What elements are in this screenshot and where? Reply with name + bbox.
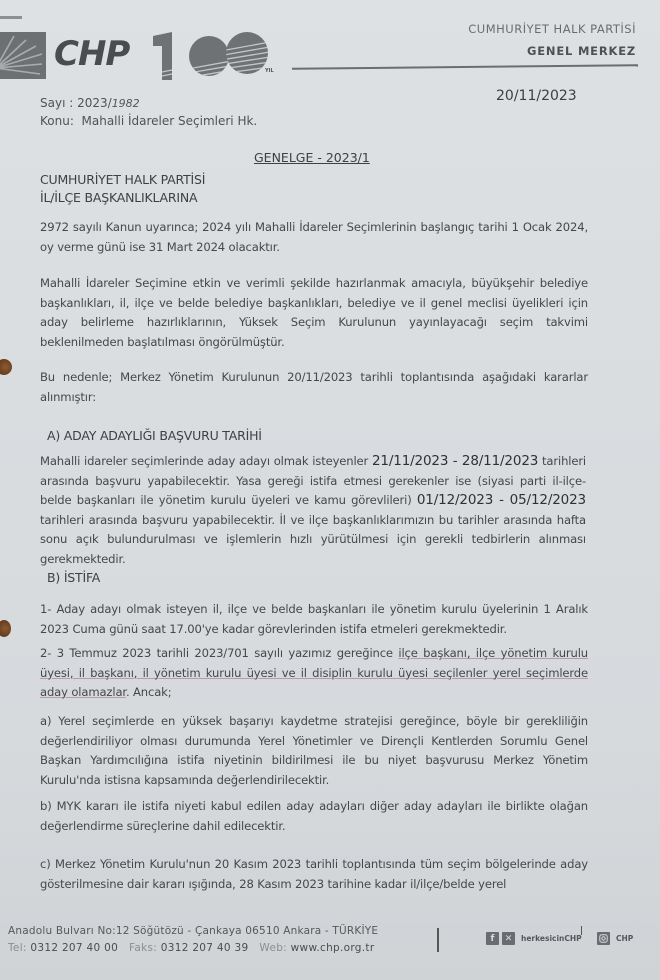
handwritten-number: 1982 — [112, 97, 140, 110]
reference-number: Sayı : 2023/1982 — [40, 96, 140, 110]
instagram-link: CHP — [597, 932, 633, 945]
footer-contact: Tel: 0312 207 40 00 Faks: 0312 207 40 39… — [8, 942, 374, 954]
facebook-icon[interactable]: f — [486, 932, 499, 945]
web-link[interactable]: www.chp.org.tr — [291, 942, 375, 954]
section-b-sub-c: c) Merkez Yönetim Kurulu'nun 20 Kasım 20… — [40, 855, 588, 894]
section-b-item-1: 1- Aday adayı olmak isteyen il, ilçe ve … — [40, 600, 588, 639]
section-b-item-2: 2- 3 Temmuz 2023 tarihli 2023/701 sayılı… — [40, 644, 588, 703]
sayi-value: : 2023/ — [69, 96, 111, 110]
addressee-line-1: CUMHURİYET HALK PARTİSİ — [40, 172, 205, 187]
fax-number: 0312 207 40 39 — [161, 942, 249, 954]
punch-hole — [0, 620, 11, 637]
anniversary-suffix: YIL — [265, 68, 274, 74]
section-a-heading: A) ADAY ADAYLIĞI BAŞVURU TARİHİ — [47, 428, 262, 443]
section-a-text-1: Mahalli idareler seçimlerinde aday adayı… — [40, 454, 372, 468]
item-2-text-c: . Ancak; — [126, 685, 172, 699]
section-b-sub-a: a) Yerel seçimlerde en yüksek başarıyı k… — [40, 712, 588, 790]
punch-hole — [0, 359, 12, 375]
social-links: f ✕ herkesicinCHP — [486, 932, 582, 945]
decorative-line — [0, 16, 22, 19]
section-a-text-3: tarihleri arasında başvuru yapabilecekti… — [40, 513, 586, 566]
section-b-sub-b: b) MYK kararı ile istifa niyeti kabul ed… — [40, 797, 588, 836]
document-date: 20/11/2023 — [496, 88, 577, 104]
footer-divider — [437, 928, 439, 952]
x-twitter-icon[interactable]: ✕ — [502, 932, 515, 945]
tel-number: 0312 207 40 00 — [30, 942, 118, 954]
footer-address: Anadolu Bulvarı No:12 Söğütözü - Çankaya… — [8, 925, 378, 937]
konu-value: Mahalli İdareler Seçimleri Hk. — [82, 114, 258, 128]
org-name: CUMHURİYET HALK PARTİSİ — [468, 22, 636, 36]
header-divider — [292, 64, 638, 69]
tel-label: Tel: — [8, 942, 27, 954]
paragraph-election-dates: 2972 sayılı Kanun uyarınca; 2024 yılı Ma… — [40, 218, 588, 257]
org-unit: GENEL MERKEZ — [468, 44, 636, 58]
resignee-date-range: 01/12/2023 - 05/12/2023 — [417, 492, 586, 508]
circular-title: GENELGE - 2023/1 — [254, 150, 370, 165]
centennial-100-logo — [150, 28, 270, 84]
section-b-heading: B) İSTİFA — [47, 570, 100, 585]
chp-six-arrows-logo-icon — [0, 32, 46, 79]
fax-label: Faks: — [129, 942, 157, 954]
paragraph-decisions: Bu nedenle; Merkez Yönetim Kurulunun 20/… — [40, 368, 588, 407]
instagram-icon[interactable] — [597, 932, 610, 945]
addressee-line-2: İL/İLÇE BAŞKANLIKLARINA — [40, 190, 197, 205]
section-a-body: Mahalli idareler seçimlerinde aday adayı… — [40, 452, 586, 569]
letterhead-org: CUMHURİYET HALK PARTİSİ GENEL MERKEZ — [468, 22, 636, 58]
social-handle[interactable]: herkesicinCHP — [521, 934, 582, 943]
application-date-range: 21/11/2023 - 28/11/2023 — [372, 453, 538, 469]
item-2-text-a: 2- 3 Temmuz 2023 tarihli 2023/701 sayılı… — [40, 646, 398, 660]
sayi-label: Sayı — [40, 96, 65, 110]
chp-logo-text: CHP — [54, 34, 129, 74]
document-page: CHP — [0, 0, 660, 980]
paragraph-preparation: Mahalli İdareler Seçimine etkin ve verim… — [40, 274, 588, 352]
instagram-handle[interactable]: CHP — [616, 934, 633, 943]
subject-line: Konu: Mahalli İdareler Seçimleri Hk. — [40, 114, 257, 128]
konu-label: Konu: — [40, 114, 74, 128]
web-label: Web: — [259, 942, 287, 954]
